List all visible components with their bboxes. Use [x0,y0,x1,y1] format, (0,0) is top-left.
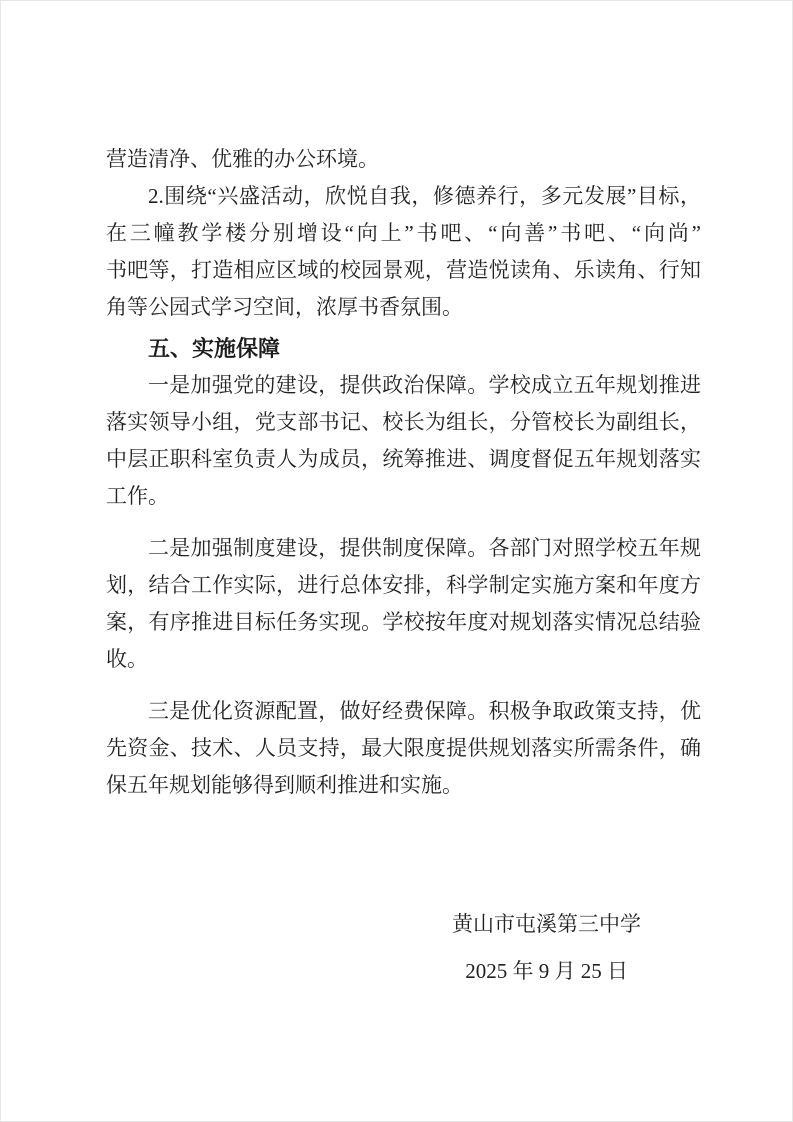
body-line: 角等公园式学习空间，浓厚书香氛围。 [106,289,701,326]
paragraph-party-building: 一是加强党的建设，提供政治保障。学校成立五年规划推进 落实领导小组，党支部书记、… [106,367,701,515]
section-heading: 五、实施保障 [106,330,701,367]
body-line: 2.围绕“兴盛活动，欣悦自我，修德养行，多元发展”目标， [106,178,701,215]
paragraph-system-building: 二是加强制度建设，提供制度保障。各部门对照学校五年规 划，结合工作实际，进行总体… [106,530,701,678]
document-page: 营造清净、优雅的办公环境。 2.围绕“兴盛活动，欣悦自我，修德养行，多元发展”目… [0,0,793,1122]
body-line: 划，结合工作实际，进行总体安排，科学制定实施方案和年度方 [106,567,701,604]
signature-date: 2025 年 9 月 25 日 [106,953,701,990]
body-line: 工作。 [106,478,701,515]
body-line: 案，有序推进目标任务实现。学校按年度对规划落实情况总结验 [106,604,701,641]
document-content: 营造清净、优雅的办公环境。 2.围绕“兴盛活动，欣悦自我，修德养行，多元发展”目… [106,141,701,990]
paragraph-resource-allocation: 三是优化资源配置，做好经费保障。积极争取政策支持，优 先资金、技术、人员支持，最… [106,693,701,804]
body-line: 一是加强党的建设，提供政治保障。学校成立五年规划推进 [106,367,701,404]
body-line-intro: 营造清净、优雅的办公环境。 [106,141,701,178]
paragraph-books: 2.围绕“兴盛活动，欣悦自我，修德养行，多元发展”目标， 在三幢教学楼分别增设“… [106,178,701,326]
body-line: 三是优化资源配置，做好经费保障。积极争取政策支持，优 [106,693,701,730]
body-line: 先资金、技术、人员支持，最大限度提供规划落实所需条件，确 [106,730,701,767]
body-line: 收。 [106,641,701,678]
body-line: 中层正职科室负责人为成员，统筹推进、调度督促五年规划落实 [106,441,701,478]
body-line: 在三幢教学楼分别增设“向上”书吧、“向善”书吧、“向尚” [106,215,701,252]
body-line: 书吧等，打造相应区域的校园景观，营造悦读角、乐读角、行知 [106,252,701,289]
body-line: 二是加强制度建设，提供制度保障。各部门对照学校五年规 [106,530,701,567]
body-line: 保五年规划能够得到顺利推进和实施。 [106,767,701,804]
body-line: 落实领导小组，党支部书记、校长为组长，分管校长为副组长， [106,404,701,441]
signature-school-name: 黄山市屯溪第三中学 [106,906,701,943]
